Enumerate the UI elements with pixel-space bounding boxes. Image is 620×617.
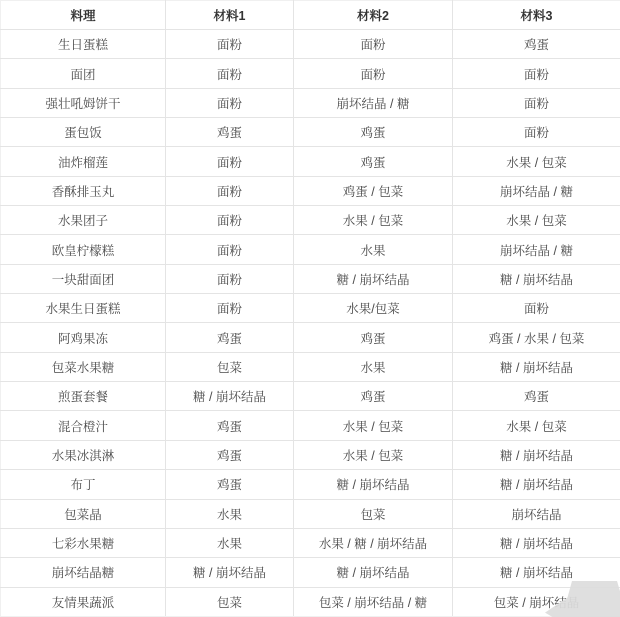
ingredient-cell: 崩坏结晶 [453, 499, 620, 528]
table-row: 煎蛋套餐糖 / 崩坏结晶鸡蛋鸡蛋 [1, 382, 620, 411]
ingredient-cell: 糖 / 崩坏结晶 [166, 382, 294, 411]
ingredient-cell: 水果 [294, 352, 453, 381]
ingredient-cell: 水果 [166, 499, 294, 528]
column-header-ingredient-3: 材料3 [453, 1, 620, 30]
ingredient-cell: 鸡蛋 [294, 323, 453, 352]
dish-name-cell: 油炸榴莲 [1, 147, 166, 176]
ingredient-cell: 面粉 [453, 118, 620, 147]
ingredient-cell: 面粉 [166, 59, 294, 88]
ingredient-cell: 水果 [166, 528, 294, 557]
table-row: 友情果蔬派包菜包菜 / 崩坏结晶 / 糖包菜 / 崩坏结晶 [1, 587, 620, 616]
ingredient-cell: 崩坏结晶 / 糖 [453, 176, 620, 205]
ingredient-cell: 崩坏结晶 / 糖 [453, 235, 620, 264]
table-row: 面团面粉面粉面粉 [1, 59, 620, 88]
table-row: 七彩水果糖水果水果 / 糖 / 崩坏结晶糖 / 崩坏结晶 [1, 528, 620, 557]
ingredient-cell: 水果 / 包菜 [453, 411, 620, 440]
table-row: 包菜水果糖包菜水果糖 / 崩坏结晶 [1, 352, 620, 381]
ingredient-cell: 糖 / 崩坏结晶 [453, 352, 620, 381]
ingredient-cell: 水果 / 包菜 [294, 206, 453, 235]
dish-name-cell: 生日蛋糕 [1, 30, 166, 59]
ingredient-cell: 糖 / 崩坏结晶 [453, 470, 620, 499]
ingredient-cell: 面粉 [453, 294, 620, 323]
dish-name-cell: 水果冰淇淋 [1, 440, 166, 469]
dish-name-cell: 友情果蔬派 [1, 587, 166, 616]
table-row: 一块甜面团面粉糖 / 崩坏结晶糖 / 崩坏结晶 [1, 264, 620, 293]
ingredient-cell: 面粉 [294, 30, 453, 59]
ingredient-cell: 鸡蛋 [166, 411, 294, 440]
ingredient-cell: 水果 / 糖 / 崩坏结晶 [294, 528, 453, 557]
ingredient-cell: 包菜 [166, 352, 294, 381]
ingredient-cell: 鸡蛋 [294, 382, 453, 411]
ingredient-cell: 鸡蛋 [294, 147, 453, 176]
ingredient-cell: 鸡蛋 / 水果 / 包菜 [453, 323, 620, 352]
table-row: 水果团子面粉水果 / 包菜水果 / 包菜 [1, 206, 620, 235]
dish-name-cell: 水果生日蛋糕 [1, 294, 166, 323]
table-row: 强壮吼姆饼干面粉崩坏结晶 / 糖面粉 [1, 88, 620, 117]
dish-name-cell: 包菜水果糖 [1, 352, 166, 381]
table-row: 蛋包饭鸡蛋鸡蛋面粉 [1, 118, 620, 147]
ingredient-cell: 糖 / 崩坏结晶 [166, 558, 294, 587]
dish-name-cell: 包菜晶 [1, 499, 166, 528]
dish-name-cell: 蛋包饭 [1, 118, 166, 147]
dish-name-cell: 崩坏结晶糖 [1, 558, 166, 587]
ingredient-cell: 水果 / 包菜 [453, 147, 620, 176]
dish-name-cell: 香酥排玉丸 [1, 176, 166, 205]
ingredient-cell: 面粉 [294, 59, 453, 88]
ingredient-cell: 水果 / 包菜 [294, 440, 453, 469]
ingredient-cell: 糖 / 崩坏结晶 [453, 528, 620, 557]
table-row: 包菜晶水果包菜崩坏结晶 [1, 499, 620, 528]
recipe-table: 料理 材料1 材料2 材料3 生日蛋糕面粉面粉鸡蛋面团面粉面粉面粉强壮吼姆饼干面… [0, 0, 620, 617]
ingredient-cell: 面粉 [166, 30, 294, 59]
ingredient-cell: 水果 / 包菜 [294, 411, 453, 440]
ingredient-cell: 面粉 [166, 176, 294, 205]
ingredient-cell: 面粉 [166, 235, 294, 264]
ingredient-cell: 水果/包菜 [294, 294, 453, 323]
ingredient-cell: 糖 / 崩坏结晶 [294, 470, 453, 499]
ingredient-cell: 面粉 [453, 88, 620, 117]
dish-name-cell: 煎蛋套餐 [1, 382, 166, 411]
dish-name-cell: 面团 [1, 59, 166, 88]
table-row: 香酥排玉丸面粉鸡蛋 / 包菜崩坏结晶 / 糖 [1, 176, 620, 205]
ingredient-cell: 崩坏结晶 / 糖 [294, 88, 453, 117]
table-row: 崩坏结晶糖糖 / 崩坏结晶糖 / 崩坏结晶糖 / 崩坏结晶 [1, 558, 620, 587]
table-row: 欧皇柠檬糕面粉水果崩坏结晶 / 糖 [1, 235, 620, 264]
column-header-dish: 料理 [1, 1, 166, 30]
ingredient-cell: 面粉 [453, 59, 620, 88]
recipe-table-page: 料理 材料1 材料2 材料3 生日蛋糕面粉面粉鸡蛋面团面粉面粉面粉强壮吼姆饼干面… [0, 0, 620, 617]
dish-name-cell: 布丁 [1, 470, 166, 499]
table-row: 混合橙汁鸡蛋水果 / 包菜水果 / 包菜 [1, 411, 620, 440]
dish-name-cell: 一块甜面团 [1, 264, 166, 293]
dish-name-cell: 水果团子 [1, 206, 166, 235]
ingredient-cell: 鸡蛋 [294, 118, 453, 147]
ingredient-cell: 鸡蛋 / 包菜 [294, 176, 453, 205]
ingredient-cell: 水果 [294, 235, 453, 264]
ingredient-cell: 鸡蛋 [166, 470, 294, 499]
recipe-table-header: 料理 材料1 材料2 材料3 [1, 1, 620, 30]
ingredient-cell: 面粉 [166, 147, 294, 176]
ingredient-cell: 鸡蛋 [166, 440, 294, 469]
ingredient-cell: 包菜 [166, 587, 294, 616]
table-row: 水果冰淇淋鸡蛋水果 / 包菜糖 / 崩坏结晶 [1, 440, 620, 469]
ingredient-cell: 鸡蛋 [166, 323, 294, 352]
dish-name-cell: 阿鸡果冻 [1, 323, 166, 352]
recipe-table-body: 生日蛋糕面粉面粉鸡蛋面团面粉面粉面粉强壮吼姆饼干面粉崩坏结晶 / 糖面粉蛋包饭鸡… [1, 30, 620, 617]
table-row: 布丁鸡蛋糖 / 崩坏结晶糖 / 崩坏结晶 [1, 470, 620, 499]
ingredient-cell: 面粉 [166, 88, 294, 117]
table-row: 水果生日蛋糕面粉水果/包菜面粉 [1, 294, 620, 323]
ingredient-cell: 水果 / 包菜 [453, 206, 620, 235]
ingredient-cell: 面粉 [166, 264, 294, 293]
ingredient-cell: 糖 / 崩坏结晶 [294, 558, 453, 587]
dish-name-cell: 欧皇柠檬糕 [1, 235, 166, 264]
dish-name-cell: 强壮吼姆饼干 [1, 88, 166, 117]
ingredient-cell: 包菜 [294, 499, 453, 528]
column-header-ingredient-2: 材料2 [294, 1, 453, 30]
ingredient-cell: 鸡蛋 [166, 118, 294, 147]
ingredient-cell: 糖 / 崩坏结晶 [453, 440, 620, 469]
ingredient-cell: 包菜 / 崩坏结晶 / 糖 [294, 587, 453, 616]
ingredient-cell: 糖 / 崩坏结晶 [294, 264, 453, 293]
dish-name-cell: 七彩水果糖 [1, 528, 166, 557]
ingredient-cell: 面粉 [166, 206, 294, 235]
dish-name-cell: 混合橙汁 [1, 411, 166, 440]
table-row: 阿鸡果冻鸡蛋鸡蛋鸡蛋 / 水果 / 包菜 [1, 323, 620, 352]
table-row: 油炸榴莲面粉鸡蛋水果 / 包菜 [1, 147, 620, 176]
ingredient-cell: 鸡蛋 [453, 30, 620, 59]
ingredient-cell: 鸡蛋 [453, 382, 620, 411]
table-row: 生日蛋糕面粉面粉鸡蛋 [1, 30, 620, 59]
header-row: 料理 材料1 材料2 材料3 [1, 1, 620, 30]
ingredient-cell: 糖 / 崩坏结晶 [453, 264, 620, 293]
ingredient-cell: 面粉 [166, 294, 294, 323]
column-header-ingredient-1: 材料1 [166, 1, 294, 30]
